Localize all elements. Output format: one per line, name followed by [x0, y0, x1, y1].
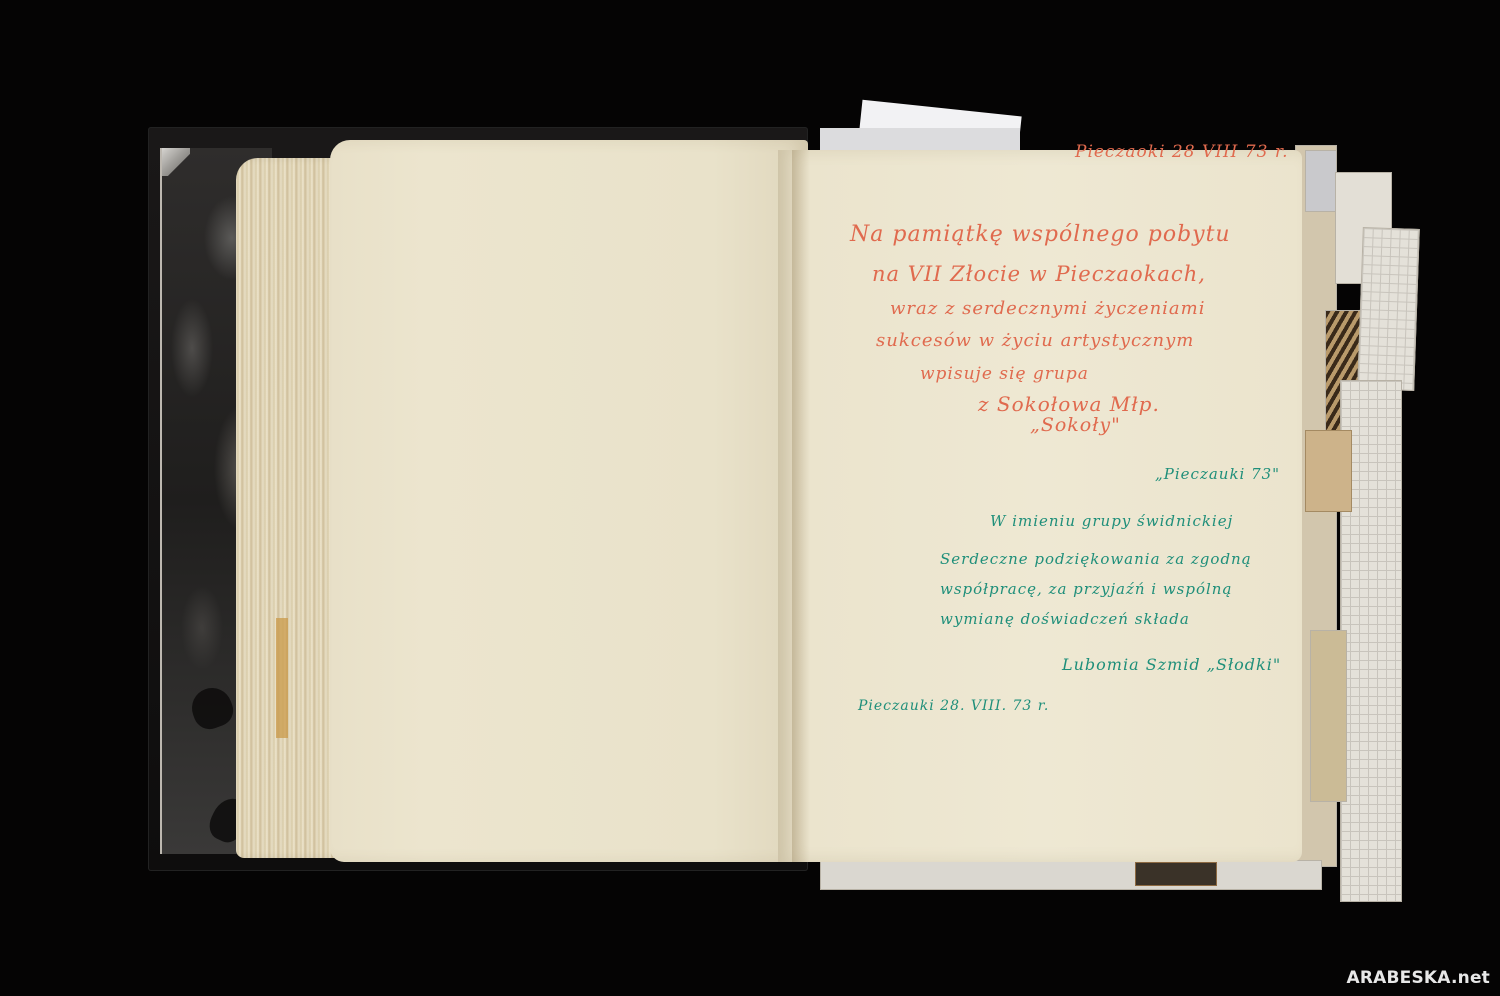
green-date: Pieczauki 28. VIII. 73 r.	[858, 698, 1049, 714]
red-line-2: na VII Złocie w Pieczaokach,	[872, 262, 1206, 286]
red-line-6: z Sokołowa Młp.	[978, 392, 1160, 416]
loose-kraft-paper	[1305, 430, 1352, 512]
red-line-7: „Sokoły"	[1030, 414, 1121, 436]
red-line-4: sukcesów w życiu artystycznym	[876, 330, 1194, 351]
loose-white-sheet-top-2	[820, 128, 1020, 150]
green-line-1: W imieniu grupy świdnickiej	[990, 512, 1233, 530]
photo-scene: Pieczaoki 28 VIII 73 r. Na pamiątkę wspó…	[0, 0, 1500, 996]
loose-bottom-sheet	[820, 860, 1322, 890]
green-signature: Lubomia Szmid „Słodki"	[1062, 655, 1281, 674]
photo-corner-tab	[162, 148, 190, 176]
green-line-2: Serdeczne podziękowania za zgodną	[940, 550, 1252, 568]
red-date-header: Pieczaoki 28 VIII 73 r.	[1075, 142, 1289, 162]
loose-clipping	[1310, 630, 1347, 802]
red-line-3: wraz z serdecznymi życzeniami	[890, 298, 1205, 319]
watermark: ARABESKA.net	[1347, 968, 1490, 988]
loose-paper-2	[1305, 150, 1337, 212]
loose-bottom-dark	[1135, 862, 1217, 886]
book-gutter	[792, 150, 810, 862]
hand-shadow-upper	[186, 682, 237, 733]
green-header: „Pieczauki 73"	[1155, 465, 1280, 483]
right-page	[778, 150, 1302, 862]
green-line-3: współpracę, za przyjaźń i wspólną	[940, 580, 1232, 598]
red-line-5: wpisuje się grupa	[920, 364, 1089, 384]
green-line-4: wymianę doświadczeń składa	[940, 610, 1190, 628]
red-line-1: Na pamiątkę wspólnego pobytu	[850, 222, 1231, 247]
loose-grid-paper-1	[1357, 227, 1420, 391]
left-page	[330, 140, 808, 862]
newspaper-clipping-edge	[276, 618, 288, 738]
